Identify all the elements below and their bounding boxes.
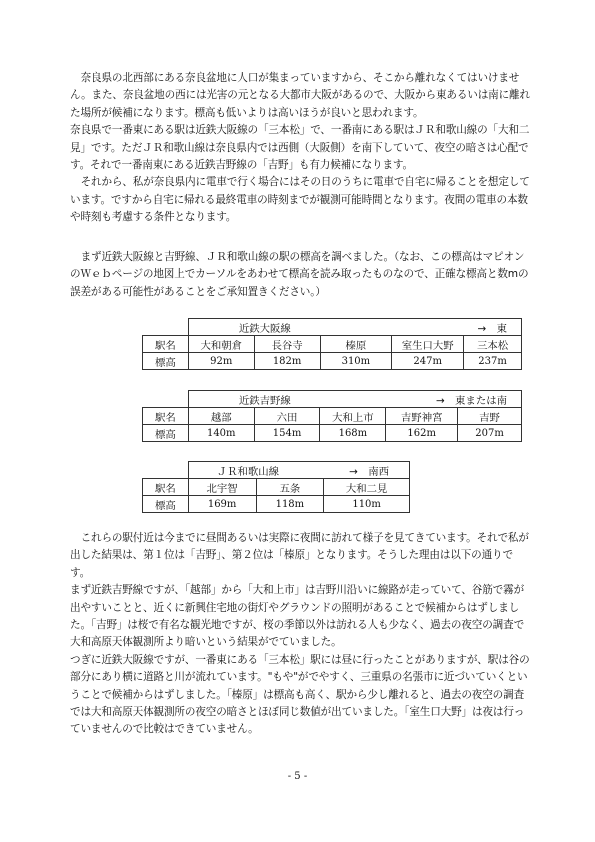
line-header: 近鉄吉野線→ 東または南 bbox=[188, 391, 521, 408]
station-cell: 吉野神宮 bbox=[386, 408, 458, 425]
elevation-cell: 237m bbox=[464, 353, 522, 370]
direction: → 東または南 bbox=[436, 392, 507, 407]
line-header: 近鉄大阪線→ 東 bbox=[188, 319, 521, 336]
station-cell: 北宇智 bbox=[188, 479, 256, 496]
table-row-station-names: 駅名 越部 六田 大和上市 吉野神宮 吉野 bbox=[143, 408, 522, 425]
station-cell: 大和二見 bbox=[324, 479, 410, 496]
station-cell: 大和上市 bbox=[320, 408, 386, 425]
elevation-cell: 310m bbox=[320, 353, 392, 370]
elevation-cell: 140m bbox=[188, 425, 254, 442]
table-row-elevations: 標高 140m 154m 168m 162m 207m bbox=[143, 425, 522, 442]
direction: → 東 bbox=[478, 320, 508, 335]
station-elevation-table-kintetsu-yoshino: 近鉄吉野線→ 東または南 駅名 越部 六田 大和上市 吉野神宮 吉野 標高 14… bbox=[142, 390, 522, 442]
page-number: - 5 - bbox=[0, 771, 595, 782]
station-cell: 吉野 bbox=[458, 408, 522, 425]
line-name: ＪＲ和歌山線 bbox=[217, 463, 279, 478]
table-header-row: 近鉄大阪線→ 東 bbox=[143, 319, 522, 336]
paragraph: まず近鉄吉野線ですが、「越部」から「大和上市」は吉野川沿いに線路が走っていて、谷… bbox=[70, 582, 532, 652]
elevation-cell: 110m bbox=[324, 496, 410, 513]
station-cell: 六田 bbox=[254, 408, 320, 425]
row-label: 標高 bbox=[143, 496, 189, 513]
table-row-station-names: 駅名 北宇智 五条 大和二見 bbox=[143, 479, 410, 496]
intro-section: 奈良県の北西部にある奈良盆地に人口が集まっていますから、そこから離れなくてはいけ… bbox=[70, 70, 532, 227]
line-name: 近鉄大阪線 bbox=[239, 320, 291, 335]
elevation-cell: 162m bbox=[386, 425, 458, 442]
elevation-cell: 154m bbox=[254, 425, 320, 442]
row-label: 駅名 bbox=[143, 408, 189, 425]
row-label: 標高 bbox=[143, 425, 189, 442]
elevation-cell: 92m bbox=[188, 353, 254, 370]
elevation-cell: 118m bbox=[256, 496, 324, 513]
paragraph: 奈良県で一番東にある駅は近鉄大阪線の「三本松」で、一番南にある駅はＪＲ和歌山線の… bbox=[70, 122, 532, 174]
station-elevation-table-kintetsu-osaka: 近鉄大阪線→ 東 駅名 大和朝倉 長谷寺 榛原 室生口大野 三本松 標高 92m… bbox=[142, 318, 522, 370]
station-cell: 長谷寺 bbox=[254, 336, 320, 353]
station-cell: 三本松 bbox=[464, 336, 522, 353]
paragraph: 奈良県の北西部にある奈良盆地に人口が集まっていますから、そこから離れなくてはいけ… bbox=[70, 70, 532, 122]
elevation-cell: 207m bbox=[458, 425, 522, 442]
paragraph: それから、私が奈良県内に電車で行く場合にはその日のうちに電車で自宅に帰ることを想… bbox=[70, 174, 532, 226]
paragraph: これらの駅付近は今までに昼間あるいは実際に夜間に訪れて様子を見てきています。それ… bbox=[70, 530, 532, 582]
table-header-row: 近鉄吉野線→ 東または南 bbox=[143, 391, 522, 408]
table-header-row: ＪＲ和歌山線→ 南西 bbox=[143, 462, 410, 479]
station-cell: 榛原 bbox=[320, 336, 392, 353]
paragraph: まず近鉄大阪線と吉野線、ＪＲ和歌山線の駅の標高を調べました。（なお、この標高はマ… bbox=[70, 249, 532, 301]
station-cell: 越部 bbox=[188, 408, 254, 425]
line-name: 近鉄吉野線 bbox=[239, 392, 291, 407]
direction: → 南西 bbox=[349, 463, 389, 478]
survey-section: まず近鉄大阪線と吉野線、ＪＲ和歌山線の駅の標高を調べました。（なお、この標高はマ… bbox=[70, 249, 532, 301]
table-row-elevations: 標高 169m 118m 110m bbox=[143, 496, 410, 513]
station-cell: 五条 bbox=[256, 479, 324, 496]
table-row-elevations: 標高 92m 182m 310m 247m 237m bbox=[143, 353, 522, 370]
results-section: これらの駅付近は今までに昼間あるいは実際に夜間に訪れて様子を見てきています。それ… bbox=[70, 530, 532, 739]
paragraph: つぎに近鉄大阪線ですが、一番東にある「三本松」駅には昼に行ったことがありますが、… bbox=[70, 652, 532, 739]
line-header: ＪＲ和歌山線→ 南西 bbox=[188, 462, 409, 479]
elevation-cell: 169m bbox=[188, 496, 256, 513]
station-elevation-table-jr-wakayama: ＪＲ和歌山線→ 南西 駅名 北宇智 五条 大和二見 標高 169m 118m 1… bbox=[142, 461, 410, 513]
elevation-cell: 182m bbox=[254, 353, 320, 370]
station-cell: 大和朝倉 bbox=[188, 336, 254, 353]
row-label: 標高 bbox=[143, 353, 189, 370]
table-row-station-names: 駅名 大和朝倉 長谷寺 榛原 室生口大野 三本松 bbox=[143, 336, 522, 353]
elevation-cell: 168m bbox=[320, 425, 386, 442]
elevation-cell: 247m bbox=[392, 353, 464, 370]
row-label: 駅名 bbox=[143, 336, 189, 353]
row-label: 駅名 bbox=[143, 479, 189, 496]
station-cell: 室生口大野 bbox=[392, 336, 464, 353]
